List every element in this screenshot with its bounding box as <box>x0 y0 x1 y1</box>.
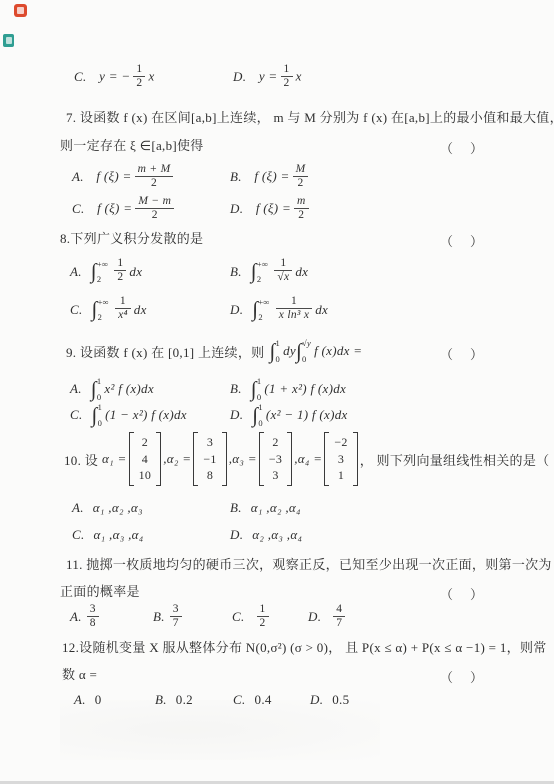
option-label: C. <box>70 407 83 423</box>
option-label: C. <box>70 302 83 318</box>
formula-text: dx <box>295 264 308 280</box>
vector-name: α₁ = <box>102 451 127 467</box>
q8-option-c: C. ∫+∞21x⁴dx <box>70 296 147 323</box>
vector-name: ,α₃ = <box>229 451 257 467</box>
formula-text: f (x)dx = <box>314 343 362 359</box>
stem-text: 10. 设 <box>64 450 98 469</box>
fraction: 12 <box>281 63 293 90</box>
vector-matrix: −231 <box>324 432 357 486</box>
q12-option-b: B.0.2 <box>155 692 193 709</box>
option-label: A. <box>72 169 84 184</box>
q12-answer-blank: （ ） <box>440 667 485 686</box>
option-label: A. <box>72 500 84 515</box>
vector-matrix: 2−33 <box>259 432 292 486</box>
red-stamp-icon <box>14 4 27 17</box>
option-label: B. <box>230 264 242 280</box>
fraction: 37 <box>170 603 182 630</box>
option-label: D. <box>310 692 323 707</box>
q11-option-d: D.47 <box>308 604 348 631</box>
q8-option-a: A. ∫+∞212dx <box>70 258 142 285</box>
q7-option-b: B. f (ξ) =M2 <box>230 164 311 191</box>
formula-text: α₁ ,α₂ ,α₄ <box>251 500 301 515</box>
q7-option-a: A. f (ξ) =m + M2 <box>72 164 176 191</box>
q11-stem-line1: 11. 抛掷一枚质地均匀的硬币三次，观察正反，已知至少出现一次正面，则第一次为 <box>66 557 552 574</box>
option-value: 0.2 <box>176 692 193 707</box>
option-label: B. <box>230 500 242 515</box>
q12-option-a: A.0 <box>74 692 102 709</box>
fraction: 12 <box>114 257 126 284</box>
fraction: m2 <box>294 195 309 222</box>
q7-answer-blank: （ ） <box>440 138 485 157</box>
option-label: D. <box>233 69 246 84</box>
option-label: B. <box>230 169 242 184</box>
exam-page: C. y = −12x D. y =12x 7. 设函数 f (x) 在区间[a… <box>0 0 554 784</box>
formula-text: f (ξ) = <box>256 201 291 216</box>
q6-option-c: C. y = −12x <box>74 64 155 91</box>
q8-option-b: B. ∫+∞21√xdx <box>230 258 308 285</box>
q10-stem: 10. 设 α₁ = 2410 ,α₂ = 3−18 ,α₃ = 2−33 ,α… <box>64 430 554 488</box>
faint-watermark <box>60 700 380 760</box>
fraction: 1x ln³ x <box>276 295 312 322</box>
q11-option-c: C.12 <box>232 604 272 631</box>
option-label: D. <box>230 302 243 318</box>
option-label: D. <box>230 407 243 423</box>
option-value: 0 <box>95 692 102 707</box>
q8-stem: 8.下列广义积分发散的是 <box>60 231 203 248</box>
formula-text: dx <box>129 264 142 280</box>
integral: ∫√y0 <box>296 338 311 364</box>
option-label: A. <box>74 692 86 707</box>
formula-text: (x² − 1) f (x)dx <box>266 407 348 423</box>
teal-stamp-icon <box>3 34 14 47</box>
q9-stem: 9. 设函数 f (x) 在 [0,1] 上连续，则∫10dy∫√y0f (x)… <box>66 338 362 364</box>
q8-option-d: D. ∫+∞21x ln³ xdx <box>230 296 328 323</box>
option-value: 0.4 <box>255 692 272 707</box>
q12-stem-line2: 数 α = <box>62 667 97 684</box>
fraction: M − m2 <box>135 195 174 222</box>
integral: ∫+∞2 <box>252 297 270 323</box>
q11-option-a: A.38 <box>70 604 102 631</box>
q7-option-d: D. f (ξ) =m2 <box>230 196 312 223</box>
integral: ∫+∞2 <box>251 259 269 285</box>
vector-matrix: 3−18 <box>193 432 226 486</box>
q9-option-c: C. ∫10(1 − x²) f (x)dx <box>70 402 187 428</box>
formula-text: f (ξ) = <box>254 169 289 184</box>
q11-answer-blank: （ ） <box>440 584 485 603</box>
integral: ∫10 <box>251 376 262 402</box>
stem-text: 9. 设函数 f (x) 在 [0,1] 上连续，则 <box>66 342 264 361</box>
option-label: C. <box>232 609 245 624</box>
fraction: 12 <box>257 603 269 630</box>
q11-option-b: B.37 <box>153 604 185 631</box>
q10-answer-blank: （ ） <box>536 450 554 469</box>
q7-option-c: C. f (ξ) =M − m2 <box>72 196 177 223</box>
q10-option-d: D.α₂ ,α₃ ,α₄ <box>230 527 302 544</box>
stem-text: ， 则下列向量组线性相关的是 <box>360 450 536 469</box>
q9-option-b: B. ∫10(1 + x²) f (x)dx <box>230 376 346 402</box>
formula-text: dy <box>283 343 296 359</box>
option-label: C. <box>233 692 246 707</box>
integral: ∫10 <box>92 402 103 428</box>
formula-text: α₁ ,α₂ ,α₃ <box>93 500 143 515</box>
integral: ∫10 <box>252 402 263 428</box>
fraction: 38 <box>87 603 99 630</box>
option-label: D. <box>230 527 243 542</box>
q9-option-a: A. ∫10x² f (x)dx <box>70 376 154 402</box>
option-label: C. <box>72 201 85 216</box>
integral: ∫+∞2 <box>92 297 110 323</box>
option-label: C. <box>74 69 87 84</box>
formula-text: (1 + x²) f (x)dx <box>264 381 346 397</box>
q12-option-d: D.0.5 <box>310 692 349 709</box>
vector-name: ,α₂ = <box>163 451 191 467</box>
q9-option-d: D. ∫10(x² − 1) f (x)dx <box>230 402 348 428</box>
q6-option-d: D. y =12x <box>233 64 302 91</box>
q7-stem-line1: 7. 设函数 f (x) 在区间[a,b]上连续， m 与 M 分别为 f (x… <box>66 110 554 127</box>
option-label: A. <box>70 264 82 280</box>
option-label: B. <box>155 692 167 707</box>
integral: ∫10 <box>269 338 280 364</box>
formula-text: y = − <box>99 69 130 84</box>
formula-text: f (ξ) = <box>97 201 132 216</box>
integral: ∫+∞2 <box>91 259 109 285</box>
formula-text: x <box>148 69 154 84</box>
formula-text: (1 − x²) f (x)dx <box>105 407 187 423</box>
option-value: 0.5 <box>332 692 349 707</box>
fraction: 1x⁴ <box>115 295 131 322</box>
q9-answer-blank: （ ） <box>440 344 485 363</box>
vector-name: ,α₄ = <box>294 451 322 467</box>
option-label: A. <box>70 381 82 397</box>
q7-stem-line2: 则一定存在 ξ ∈[a,b]使得 <box>60 138 204 155</box>
q12-option-c: C.0.4 <box>233 692 272 709</box>
q10-option-a: A.α₁ ,α₂ ,α₃ <box>72 500 143 517</box>
fraction: M2 <box>293 163 309 190</box>
formula-text: y = <box>259 69 278 84</box>
option-label: A. <box>70 609 82 624</box>
integral: ∫10 <box>91 376 102 402</box>
option-label: B. <box>153 609 165 624</box>
option-label: D. <box>230 201 243 216</box>
formula-text: x <box>296 69 302 84</box>
fraction: 47 <box>333 603 345 630</box>
option-label: B. <box>230 381 242 397</box>
formula-text: dx <box>315 302 328 318</box>
formula-text: α₁ ,α₃ ,α₄ <box>94 527 144 542</box>
option-label: D. <box>308 609 321 624</box>
vector-matrix: 2410 <box>129 432 162 486</box>
fraction: 12 <box>133 63 145 90</box>
q8-answer-blank: （ ） <box>440 231 485 250</box>
formula-text: α₂ ,α₃ ,α₄ <box>252 527 302 542</box>
formula-text: x² f (x)dx <box>104 381 153 397</box>
q12-stem-line1: 12.设随机变量 X 服从整体分布 N(0,σ²) (σ > 0)， 且 P(x… <box>62 640 547 657</box>
option-label: C. <box>72 527 85 542</box>
fraction: 1√x <box>274 257 292 284</box>
formula-text: dx <box>134 302 147 318</box>
fraction: m + M2 <box>135 163 174 190</box>
q10-option-c: C.α₁ ,α₃ ,α₄ <box>72 527 144 544</box>
formula-text: f (ξ) = <box>96 169 131 184</box>
q11-stem-line2: 正面的概率是 <box>60 584 140 601</box>
q10-option-b: B.α₁ ,α₂ ,α₄ <box>230 500 301 517</box>
